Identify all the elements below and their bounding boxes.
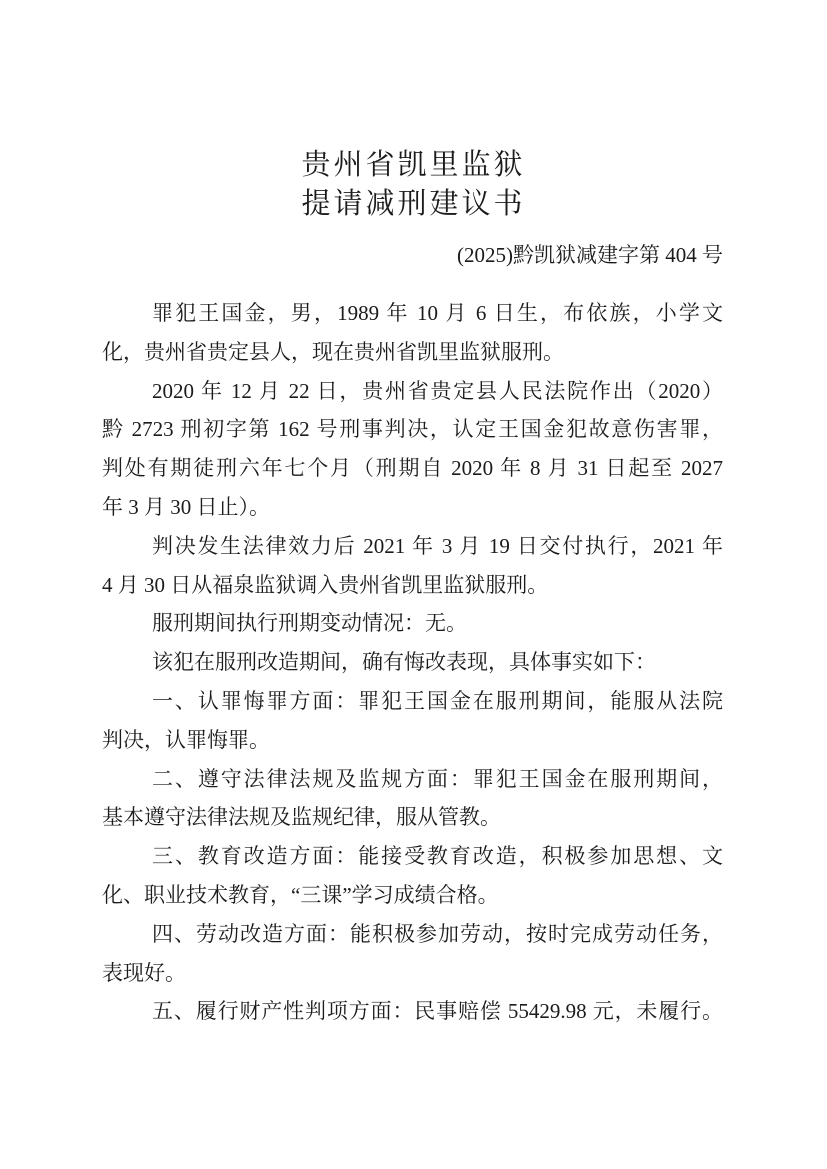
document-number: (2025)黔凯狱减建字第 404 号 — [457, 240, 723, 270]
document-line: 一、认罪悔罪方面：罪犯王国金在服刑期间，能服从法院 — [102, 682, 723, 721]
document-paragraph: 服刑期间执行刑期变动情况：无。 — [102, 604, 723, 643]
document-line: 基本遵守法律法规及监规纪律，服从管教。 — [102, 798, 723, 837]
document-line: 二、遵守法律法规及监规方面：罪犯王国金在服刑期间， — [102, 760, 723, 799]
document-paragraph: 判决发生法律效力后 2021 年 3 月 19 日交付执行，2021 年4 月 … — [102, 527, 723, 605]
document-paragraph: 五、履行财产性判项方面：民事赔偿 55429.98 元，未履行。 — [102, 992, 723, 1031]
document-line: 化、职业技术教育，“三课”学习成绩合格。 — [102, 876, 723, 915]
document-title-line2: 提请减刑建议书 — [0, 185, 827, 224]
document-line: 4 月 30 日从福泉监狱调入贵州省凯里监狱服刑。 — [102, 566, 723, 605]
document-line: 服刑期间执行刑期变动情况：无。 — [102, 604, 723, 643]
document-line: 该犯在服刑改造期间，确有悔改表现，具体事实如下： — [102, 643, 723, 682]
document-paragraph: 一、认罪悔罪方面：罪犯王国金在服刑期间，能服从法院判决，认罪悔罪。 — [102, 682, 723, 760]
document-line: 四、劳动改造方面：能积极参加劳动，按时完成劳动任务， — [102, 915, 723, 954]
document-paragraph: 2020 年 12 月 22 日，贵州省贵定县人民法院作出（2020）黔 272… — [102, 372, 723, 527]
document-line: 年 3 月 30 日止）。 — [102, 488, 723, 527]
document-line: 判处有期徒刑六年七个月（刑期自 2020 年 8 月 31 日起至 2027 — [102, 449, 723, 488]
document-paragraph: 四、劳动改造方面：能积极参加劳动，按时完成劳动任务，表现好。 — [102, 915, 723, 993]
document-paragraph: 三、教育改造方面：能接受教育改造，积极参加思想、文化、职业技术教育，“三课”学习… — [102, 837, 723, 915]
document-page: 贵州省凯里监狱 提请减刑建议书 (2025)黔凯狱减建字第 404 号 罪犯王国… — [0, 0, 827, 1169]
document-line: 五、履行财产性判项方面：民事赔偿 55429.98 元，未履行。 — [102, 992, 723, 1031]
document-line: 黔 2723 刑初字第 162 号刑事判决，认定王国金犯故意伤害罪， — [102, 410, 723, 449]
document-paragraph: 该犯在服刑改造期间，确有悔改表现，具体事实如下： — [102, 643, 723, 682]
document-title-line1: 贵州省凯里监狱 — [0, 146, 827, 185]
document-line: 化，贵州省贵定县人，现在贵州省凯里监狱服刑。 — [102, 333, 723, 372]
document-line: 判决发生法律效力后 2021 年 3 月 19 日交付执行，2021 年 — [102, 527, 723, 566]
document-title: 贵州省凯里监狱 提请减刑建议书 — [0, 146, 827, 224]
document-paragraph: 罪犯王国金，男，1989 年 10 月 6 日生，布依族，小学文化，贵州省贵定县… — [102, 294, 723, 372]
document-line: 判决，认罪悔罪。 — [102, 721, 723, 760]
document-line: 2020 年 12 月 22 日，贵州省贵定县人民法院作出（2020） — [102, 372, 723, 411]
document-paragraph: 二、遵守法律法规及监规方面：罪犯王国金在服刑期间，基本遵守法律法规及监规纪律，服… — [102, 760, 723, 838]
document-body: 罪犯王国金，男，1989 年 10 月 6 日生，布依族，小学文化，贵州省贵定县… — [102, 294, 723, 1031]
document-line: 表现好。 — [102, 954, 723, 993]
document-line: 三、教育改造方面：能接受教育改造，积极参加思想、文 — [102, 837, 723, 876]
document-line: 罪犯王国金，男，1989 年 10 月 6 日生，布依族，小学文 — [102, 294, 723, 333]
